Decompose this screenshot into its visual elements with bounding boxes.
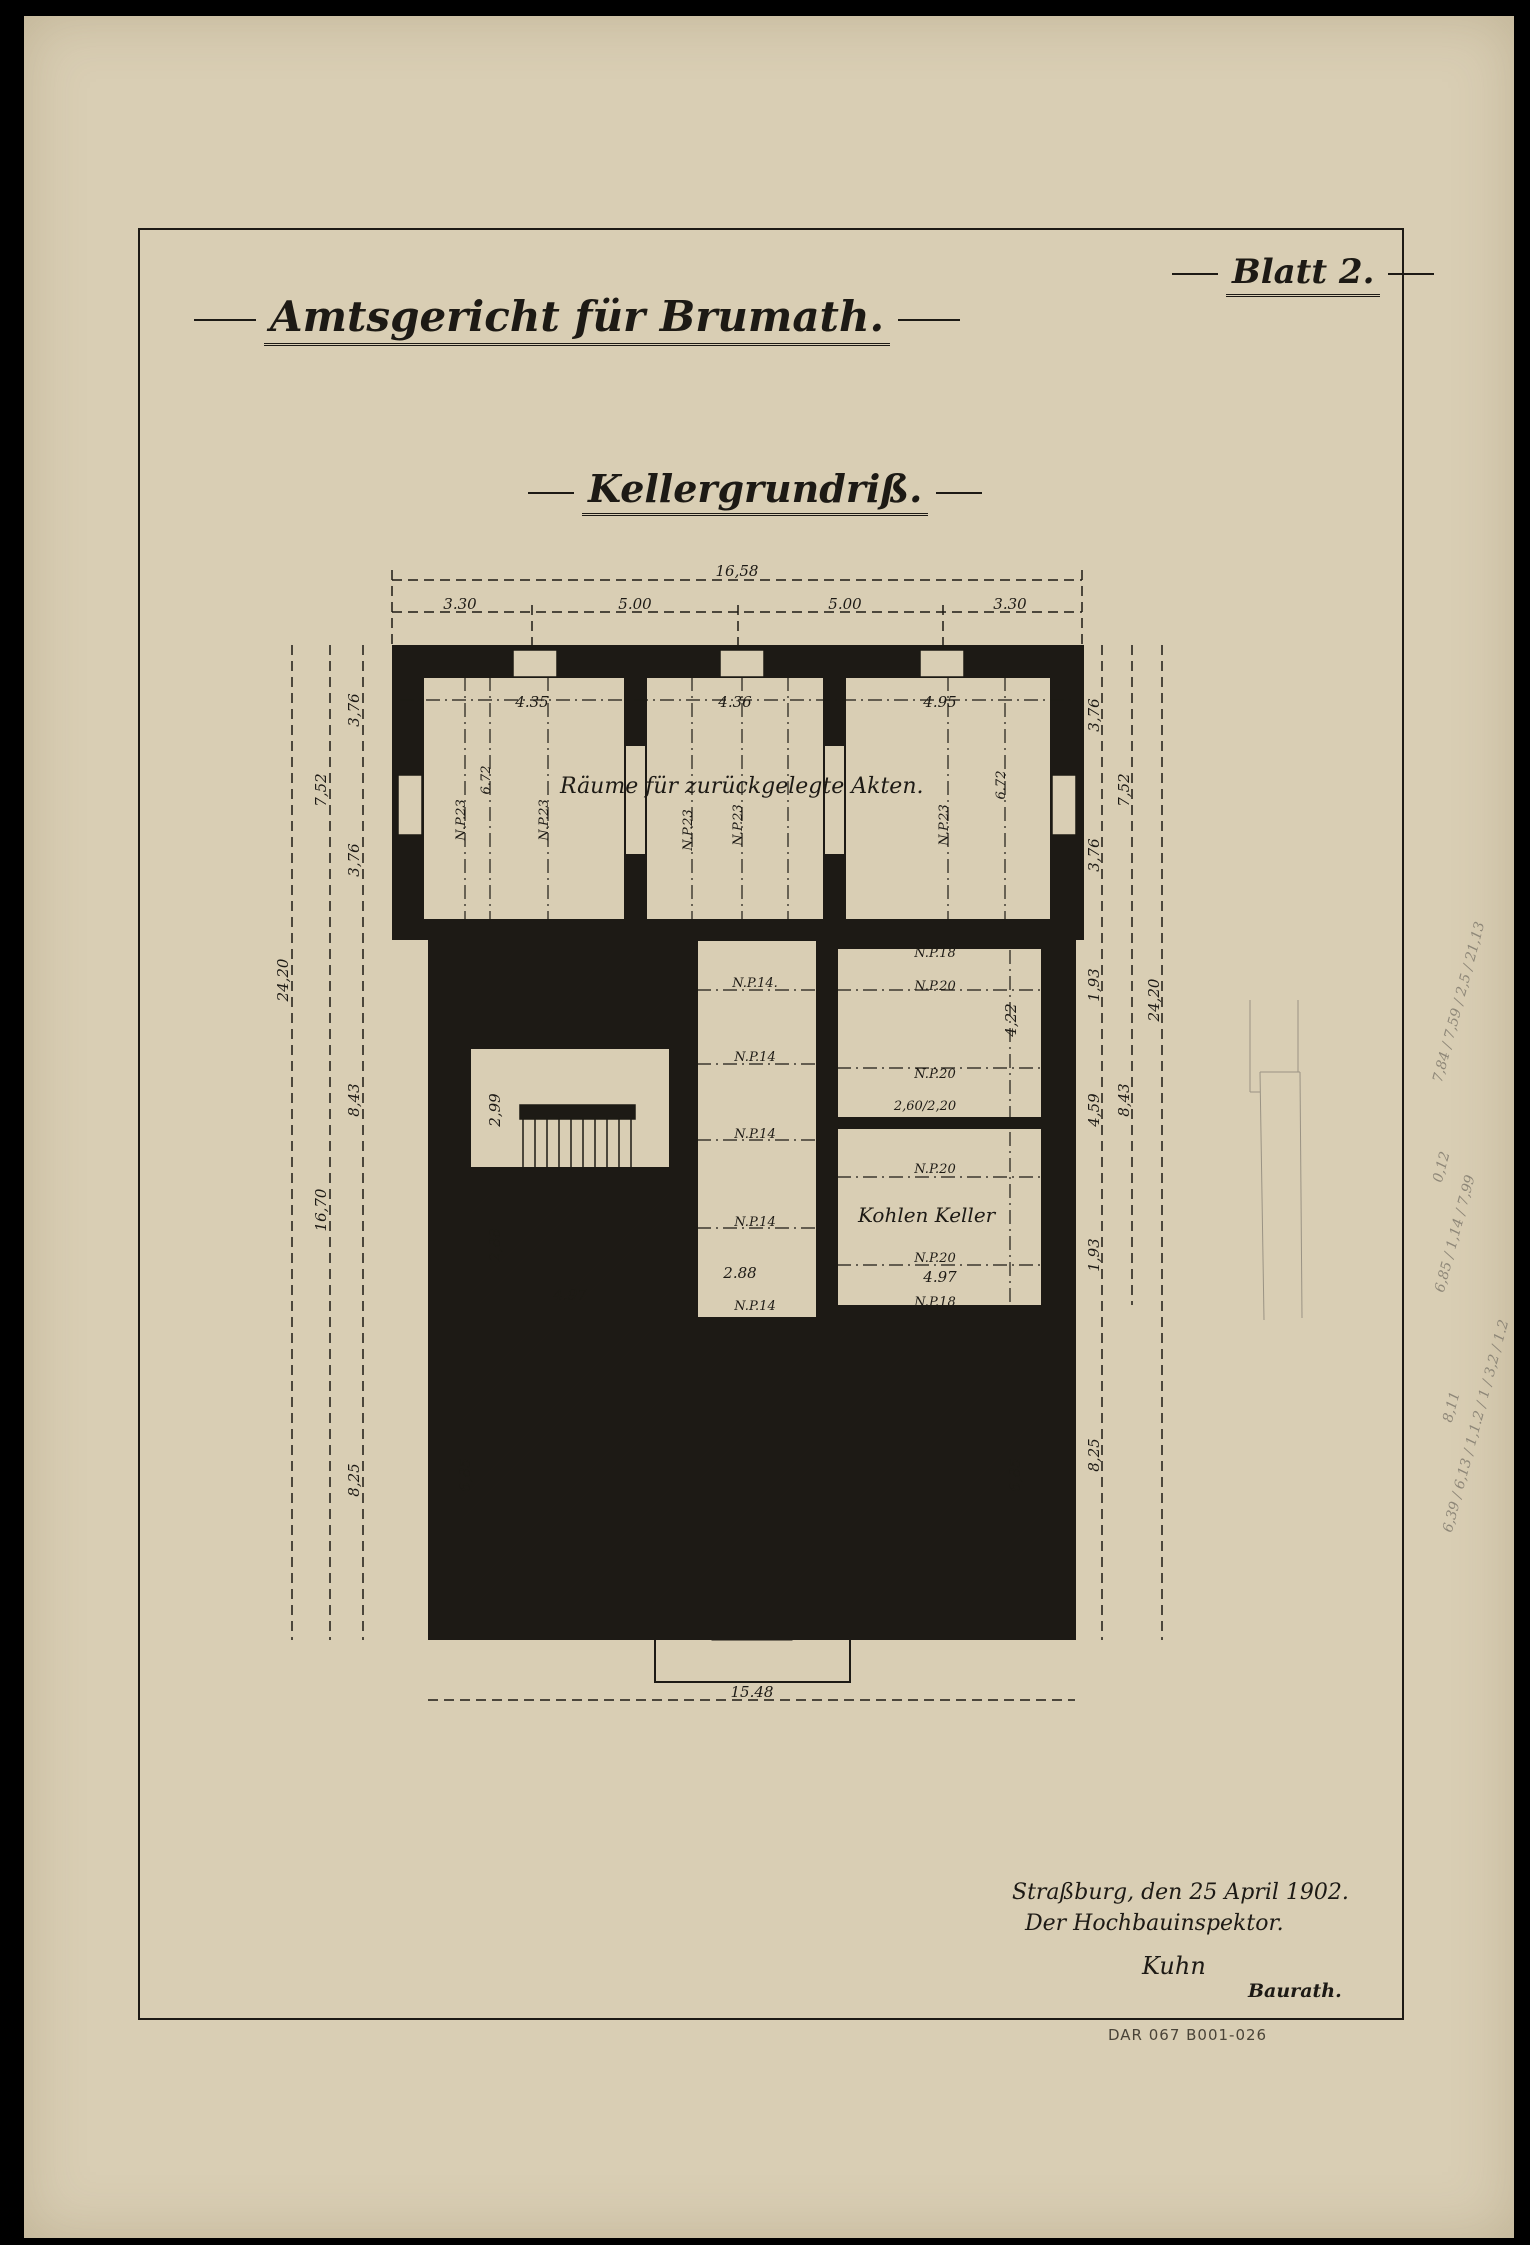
- svg-text:N.P.23: N.P.23: [731, 804, 746, 846]
- coal-cellar-label: Kohlen Keller: [857, 1203, 997, 1227]
- svg-text:8,43: 8,43: [1115, 1083, 1133, 1116]
- svg-text:4.97: 4.97: [552, 1286, 587, 1304]
- svg-text:3.30: 3.30: [993, 595, 1027, 613]
- svg-text:8,25: 8,25: [1085, 1438, 1103, 1471]
- svg-text:5.00: 5.00: [618, 595, 652, 613]
- svg-text:N.P.20: N.P.20: [913, 1067, 955, 1082]
- svg-text:N.P.20: N.P.20: [913, 1162, 955, 1177]
- svg-text:2,60/2,20: 2,60/2,20: [893, 1099, 956, 1114]
- svg-text:N.P.18: N.P.18: [913, 946, 955, 961]
- svg-text:4.97: 4.97: [922, 1268, 957, 1286]
- svg-text:N.P.14.: N.P.14.: [731, 976, 778, 991]
- hatched-room-bottom-left: [462, 1328, 672, 1606]
- svg-text:15.48: 15.48: [731, 1683, 774, 1701]
- svg-text:8,25: 8,25: [345, 1463, 363, 1496]
- signature-place-date: Straßburg, den 25 April 1902.: [1012, 1880, 1349, 1905]
- front-rooms-label: Räume für zurückgelegte Akten.: [559, 774, 923, 799]
- svg-text:4.36: 4.36: [717, 693, 752, 711]
- svg-text:6,85: 6,85: [1006, 1458, 1024, 1491]
- svg-text:4,59: 4,59: [1085, 1093, 1103, 1128]
- svg-text:3,76: 3,76: [1085, 698, 1103, 732]
- svg-text:5.00: 5.00: [828, 595, 862, 613]
- svg-text:1,93: 1,93: [1085, 1238, 1103, 1271]
- svg-text:4.35: 4.35: [514, 693, 548, 711]
- svg-text:3.30: 3.30: [443, 595, 477, 613]
- signature-name: Kuhn: [1142, 1952, 1206, 1980]
- svg-text:24,20: 24,20: [1145, 978, 1163, 1022]
- svg-text:24,20: 24,20: [274, 958, 292, 1002]
- svg-text:3,76: 3,76: [345, 843, 363, 877]
- svg-text:2,88: 2,88: [486, 1228, 504, 1262]
- svg-text:N.P.23: N.P.23: [537, 799, 552, 841]
- svg-text:2,99: 2,99: [486, 1093, 504, 1128]
- svg-text:16,58: 16,58: [716, 562, 759, 580]
- svg-text:N.P.23: N.P.23: [454, 799, 469, 841]
- svg-text:2.88: 2.88: [722, 1264, 756, 1282]
- svg-text:3,76: 3,76: [1085, 838, 1103, 872]
- svg-text:6,85: 6,85: [456, 1458, 474, 1491]
- archive-reference: DAR 067 B001-026: [1108, 2026, 1267, 2044]
- signature-rank: Baurath.: [1248, 1980, 1342, 2002]
- svg-text:N.P.14: N.P.14: [733, 1127, 775, 1142]
- svg-text:N.P.18: N.P.18: [913, 1295, 955, 1310]
- svg-text:N.P.20: N.P.20: [913, 1251, 955, 1266]
- svg-text:1,93: 1,93: [1085, 968, 1103, 1001]
- svg-text:N.P.14: N.P.14: [733, 1050, 775, 1065]
- hatched-room-upper-left: [470, 948, 670, 1030]
- svg-text:6.72: 6.72: [994, 771, 1009, 800]
- signature-office: Der Hochbauinspektor.: [1025, 1911, 1284, 1936]
- svg-text:16,70: 16,70: [312, 1188, 330, 1231]
- svg-text:4,22: 4,22: [1002, 1003, 1020, 1037]
- hatched-room-bottom-small: [697, 1548, 815, 1616]
- svg-text:3,76: 3,76: [345, 693, 363, 727]
- floor-plan: 16,58 3.30 5.00 5.00 3.30 15.48 4.35 4.3…: [0, 0, 1530, 2245]
- svg-text:6.72: 6.72: [479, 766, 494, 795]
- svg-text:7,52: 7,52: [312, 773, 330, 806]
- svg-text:7,52: 7,52: [1115, 773, 1133, 806]
- svg-text:N.P.23: N.P.23: [937, 804, 952, 846]
- svg-text:8,43: 8,43: [345, 1083, 363, 1116]
- svg-text:4.95: 4.95: [922, 693, 956, 711]
- svg-text:N.P.20: N.P.20: [913, 979, 955, 994]
- svg-text:N.P.14: N.P.14: [733, 1215, 775, 1230]
- svg-text:N.P.23: N.P.23: [681, 809, 696, 851]
- svg-text:N.P.14: N.P.14: [733, 1299, 775, 1314]
